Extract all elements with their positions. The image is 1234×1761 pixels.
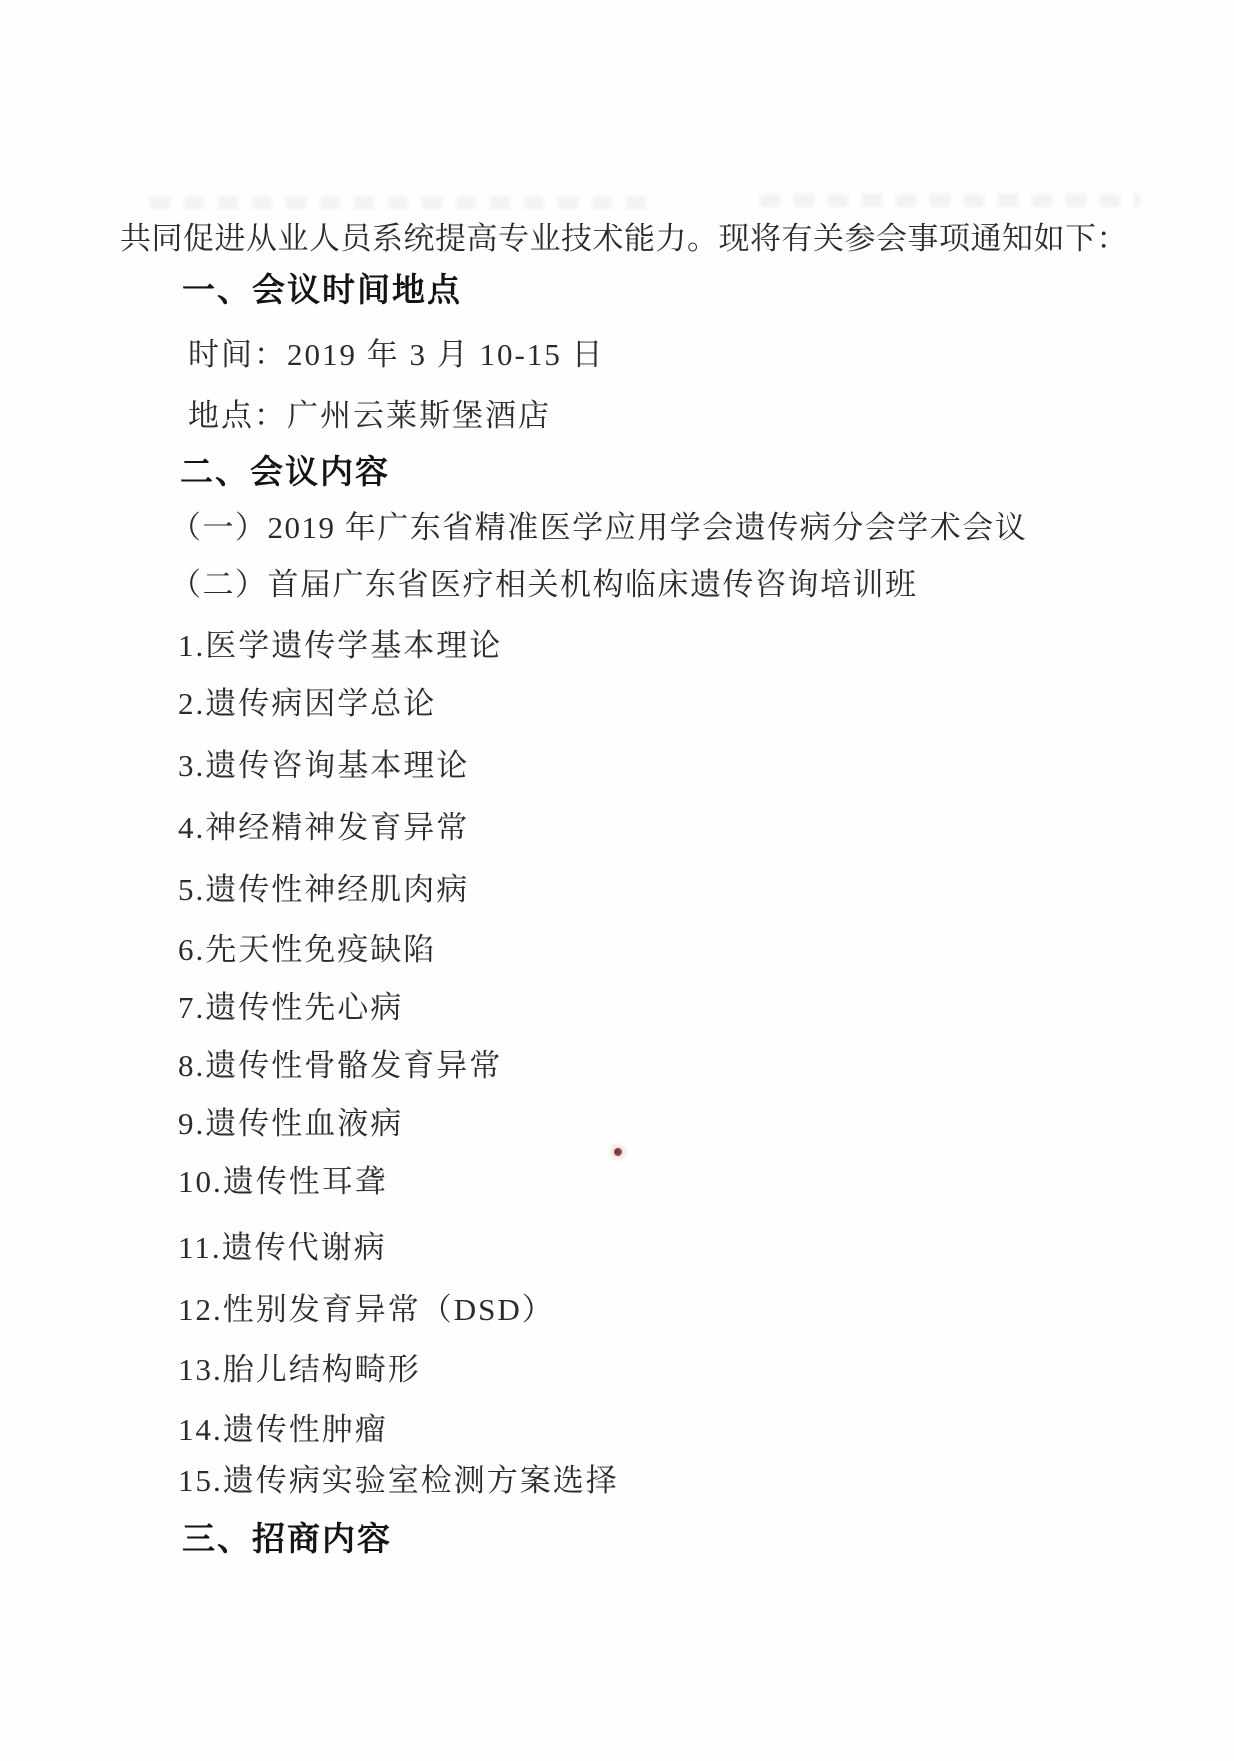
topic-item-12: 12.性别发育异常（DSD） (178, 1290, 555, 1330)
agenda-item-2: （二）首届广东省医疗相关机构临床遗传咨询培训班 (170, 565, 918, 605)
meeting-location: 地点：广州云莱斯堡酒店 (188, 396, 551, 436)
topic-item-8: 8.遗传性骨骼发育异常 (178, 1046, 502, 1086)
topic-item-2: 2.遗传病因学总论 (178, 684, 436, 724)
topic-item-6: 6.先天性免疫缺陷 (178, 930, 436, 970)
topic-item-10: 10.遗传性耳聋 (178, 1162, 388, 1202)
topic-item-4: 4.神经精神发育异常 (178, 808, 469, 848)
topic-item-1: 1.医学遗传学基本理论 (178, 626, 502, 666)
section-1-heading: 一、会议时间地点 (182, 270, 462, 310)
topic-item-5: 5.遗传性神经肌肉病 (178, 870, 469, 910)
topic-item-15: 15.遗传病实验室检测方案选择 (178, 1461, 619, 1501)
bleed-through-smudge (150, 196, 650, 209)
ink-dot-artifact (614, 1148, 622, 1156)
topic-item-7: 7.遗传性先心病 (178, 988, 403, 1028)
scanned-document-page: 共同促进从业人员系统提高专业技术能力。现将有关参会事项通知如下： 一、会议时间地… (0, 0, 1234, 1761)
bleed-through-smudge (760, 194, 1140, 207)
agenda-item-1: （一）2019 年广东省精准医学应用学会遗传病分会学术会议 (170, 508, 1027, 548)
meeting-time: 时间：2019 年 3 月 10-15 日 (188, 335, 605, 375)
topic-item-14: 14.遗传性肿瘤 (178, 1410, 388, 1450)
section-3-heading: 三、招商内容 (182, 1519, 392, 1559)
section-2-heading: 二、会议内容 (180, 452, 390, 492)
topic-item-11: 11.遗传代谢病 (178, 1228, 387, 1268)
topic-item-3: 3.遗传咨询基本理论 (178, 746, 469, 786)
topic-item-9: 9.遗传性血液病 (178, 1104, 403, 1144)
topic-item-13: 13.胎儿结构畸形 (178, 1350, 421, 1390)
intro-paragraph: 共同促进从业人员系统提高专业技术能力。现将有关参会事项通知如下： (120, 219, 1128, 259)
